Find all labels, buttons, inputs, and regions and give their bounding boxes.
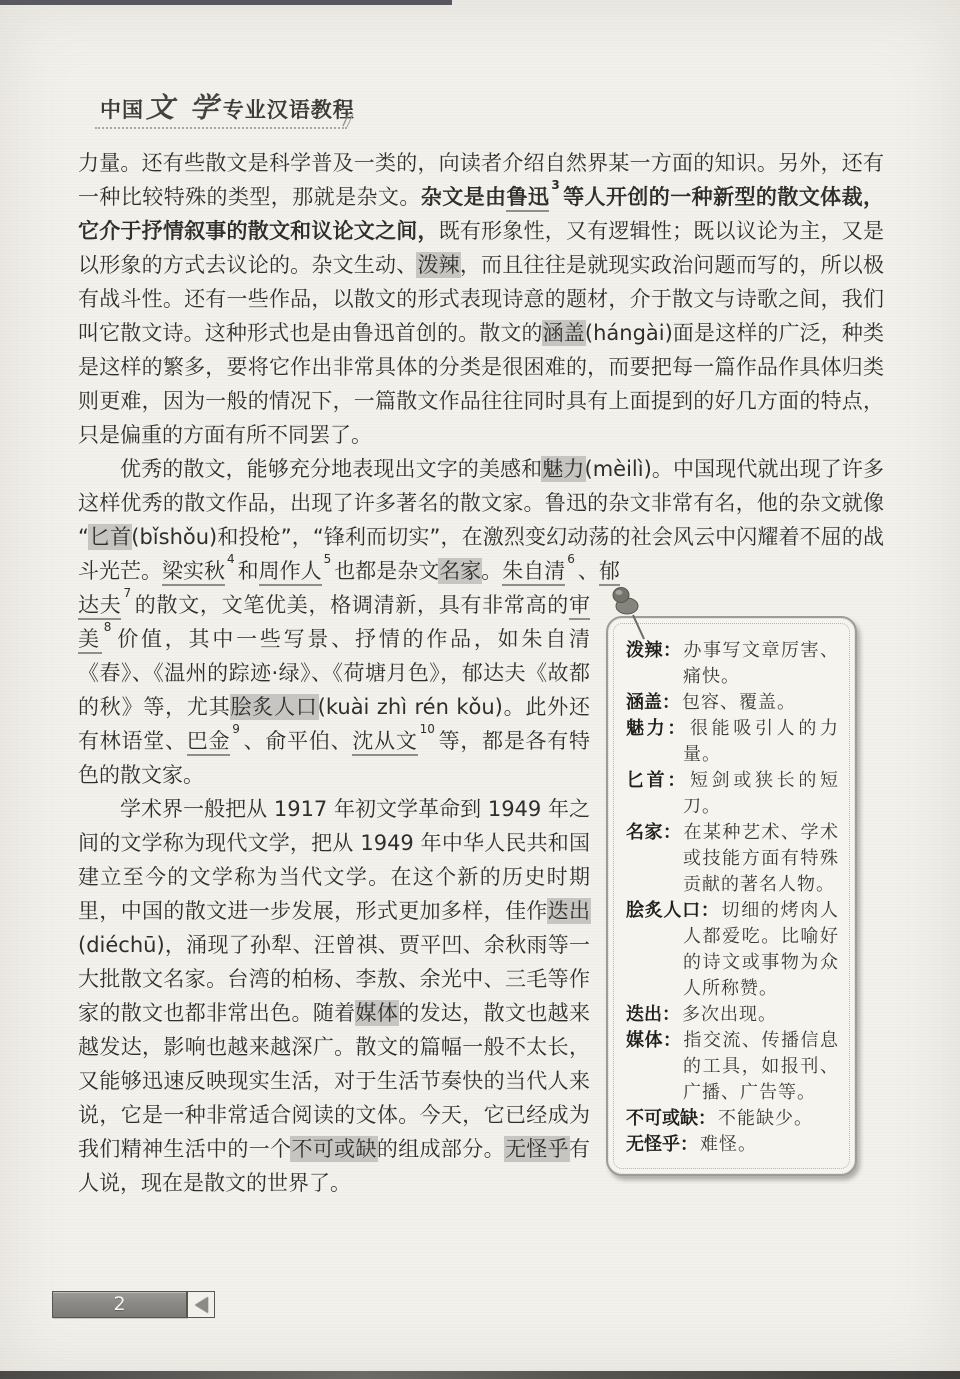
text-run: 优秀的散文，能够充分地表现出文字的美感和: [120, 457, 542, 481]
header-dotted-rule: [95, 127, 347, 129]
underlined-proper-name: 郁: [599, 559, 620, 586]
vocab-colon: ：: [667, 770, 689, 791]
highlighted-term: 涵盖: [543, 321, 585, 345]
vocab-term: 涵盖: [626, 692, 662, 713]
vocab-colon: ：: [663, 822, 683, 843]
vocab-colon: ：: [667, 718, 689, 739]
paragraph-p2b: 达夫7的散文，文笔优美，格调清新，具有非常高的审美8价值，其中一些写景、抒情的作…: [78, 588, 590, 792]
footnote-number: 3: [551, 178, 559, 192]
page-number-bar: 2: [52, 1291, 187, 1318]
vocab-colon: ：: [680, 1134, 699, 1155]
vocab-term: 匕首: [626, 770, 667, 791]
vocab-entry: 脍炙人口：切细的烤肉人人都爱吃。比喻好的诗文或事物为众人所称赞。: [626, 898, 839, 1002]
vocab-definition: 不能缺少。: [718, 1108, 813, 1129]
text-run: 学术界一般把从 1917 年初文学革命到 1949 年之间的文学称为现代文学，把…: [78, 797, 590, 923]
vocab-entry: 泼辣：办事写文章厉害、痛快。: [626, 638, 839, 690]
scanned-textbook-page: 中国文 学专业汉语教程 力量。还有些散文是科学普及一类的，向读者介绍自然界某一方…: [0, 0, 960, 1379]
text-run: 、: [578, 559, 599, 583]
highlighted-term: 无怪乎: [505, 1137, 569, 1161]
page-number: 2: [113, 1295, 125, 1314]
text-run: 的散文，文笔优美，格调清新，具有非常高的: [134, 593, 569, 617]
text-run: 杂文是由: [421, 185, 507, 209]
highlighted-term: 魅力: [542, 457, 584, 481]
vocab-term: 名家: [626, 822, 663, 843]
underlined-proper-name: 沈从文: [352, 729, 417, 756]
paragraph-p3: 学术界一般把从 1917 年初文学革命到 1949 年之间的文学称为现代文学，把…: [78, 792, 590, 1200]
vocab-entry: 无怪乎：难怪。: [626, 1132, 839, 1158]
highlighted-term: 不可或缺: [291, 1137, 376, 1161]
vocab-colon: ：: [663, 640, 683, 661]
highlighted-term: 匕首: [89, 525, 131, 549]
vocab-definition: 多次出现。: [682, 1004, 777, 1025]
highlighted-term: 媒体: [356, 1001, 399, 1025]
paragraph-p1: 力量。还有些散文是科学普及一类的，向读者介绍自然界某一方面的知识。另外，还有一种…: [78, 146, 884, 452]
text-run: 。: [481, 559, 502, 583]
vocab-entry: 匕首：短剑或狭长的短刀。: [626, 768, 839, 820]
header-title-calligraphy: 文 学: [144, 91, 223, 124]
vocab-box-inner: 泼辣：办事写文章厉害、痛快。涵盖：包容、覆盖。魅力：很能吸引人的力量。匕首：短剑…: [613, 623, 850, 1169]
highlighted-term: 名家: [439, 559, 481, 583]
highlighted-term: 泼辣: [417, 253, 459, 277]
scan-edge-top: [0, 0, 452, 5]
underlined-proper-name: 达夫: [78, 593, 121, 620]
header-rule-tick-mark: [340, 112, 354, 128]
highlighted-term: 脍炙人口: [231, 695, 318, 719]
back-arrow-box: [187, 1291, 215, 1318]
vocab-term: 魅力: [626, 718, 667, 739]
vocab-term: 无怪乎: [626, 1134, 680, 1155]
vocab-term: 不可或缺: [626, 1108, 698, 1129]
underlined-proper-name: 巴金: [187, 729, 231, 756]
vocab-entry: 名家：在某种艺术、学术或技能方面有特殊贡献的著名人物。: [626, 820, 839, 898]
vocab-definition: 短剑或狭长的短刀。: [683, 770, 839, 817]
vocab-entries: 泼辣：办事写文章厉害、痛快。涵盖：包容、覆盖。魅力：很能吸引人的力量。匕首：短剑…: [626, 638, 839, 1158]
highlighted-term: 迭出: [548, 899, 590, 923]
vocab-term: 迭出: [626, 1004, 662, 1025]
back-arrow-icon: [195, 1297, 208, 1313]
vocab-definition: 包容、覆盖。: [682, 692, 796, 713]
text-run: 的组成部分。: [377, 1137, 505, 1161]
vocab-entry: 媒体：指交流、传播信息的工具，如报刊、广播、广告等。: [626, 1028, 839, 1106]
footnote-number: 6: [567, 552, 575, 566]
vocab-colon: ：: [698, 1108, 717, 1129]
vocab-definition: 指交流、传播信息的工具，如报刊、广播、广告等。: [683, 1030, 839, 1103]
footnote-number: 4: [227, 552, 235, 566]
vocab-box: 泼辣：办事写文章厉害、痛快。涵盖：包容、覆盖。魅力：很能吸引人的力量。匕首：短剑…: [606, 616, 857, 1176]
pushpin-icon: [608, 585, 654, 645]
vocab-definition: 办事写文章厉害、痛快。: [683, 640, 839, 687]
underlined-proper-name: 周作人: [259, 559, 322, 586]
vocab-colon: ：: [662, 692, 681, 713]
vocab-definition: 很能吸引人的力量。: [683, 718, 839, 765]
footnote-number: 10: [420, 722, 435, 736]
vocab-entry: 不可或缺：不能缺少。: [626, 1106, 839, 1132]
footnote-number: 5: [324, 552, 332, 566]
text-run: 、俞平伯、: [243, 729, 352, 753]
vocab-term: 脍炙人口: [626, 900, 701, 921]
vocab-entry: 魅力：很能吸引人的力量。: [626, 716, 839, 768]
footnote-number: 7: [123, 586, 131, 600]
header-title-prefix: 中国: [100, 98, 144, 122]
underlined-proper-name: 梁实秋: [162, 559, 225, 586]
text-run: 也都是杂文: [334, 559, 439, 583]
vocab-entry: 涵盖：包容、覆盖。: [626, 690, 839, 716]
vocab-colon: ：: [663, 1030, 683, 1051]
header-title-suffix: 专业汉语教程: [223, 98, 355, 122]
scan-edge-bottom: [0, 1371, 960, 1379]
vocab-entry: 迭出：多次出现。: [626, 1002, 839, 1028]
paragraph-p2a: 优秀的散文，能够充分地表现出文字的美感和魅力(mèilì)。中国现代就出现了许多…: [78, 452, 884, 588]
text-run: 和: [238, 559, 259, 583]
vocab-colon: ：: [662, 1004, 681, 1025]
vocab-term: 媒体: [626, 1030, 663, 1051]
underlined-proper-name: 朱自清: [502, 559, 565, 586]
vocab-colon: ：: [701, 900, 721, 921]
footnote-number: 8: [104, 620, 112, 634]
vocab-definition: 在某种艺术、学术或技能方面有特殊贡献的著名人物。: [683, 822, 839, 895]
running-header: 中国文 学专业汉语教程: [100, 86, 355, 126]
vocab-definition: 难怪。: [700, 1134, 757, 1155]
underlined-proper-name: 鲁迅: [506, 185, 549, 212]
footnote-number: 9: [232, 722, 240, 736]
